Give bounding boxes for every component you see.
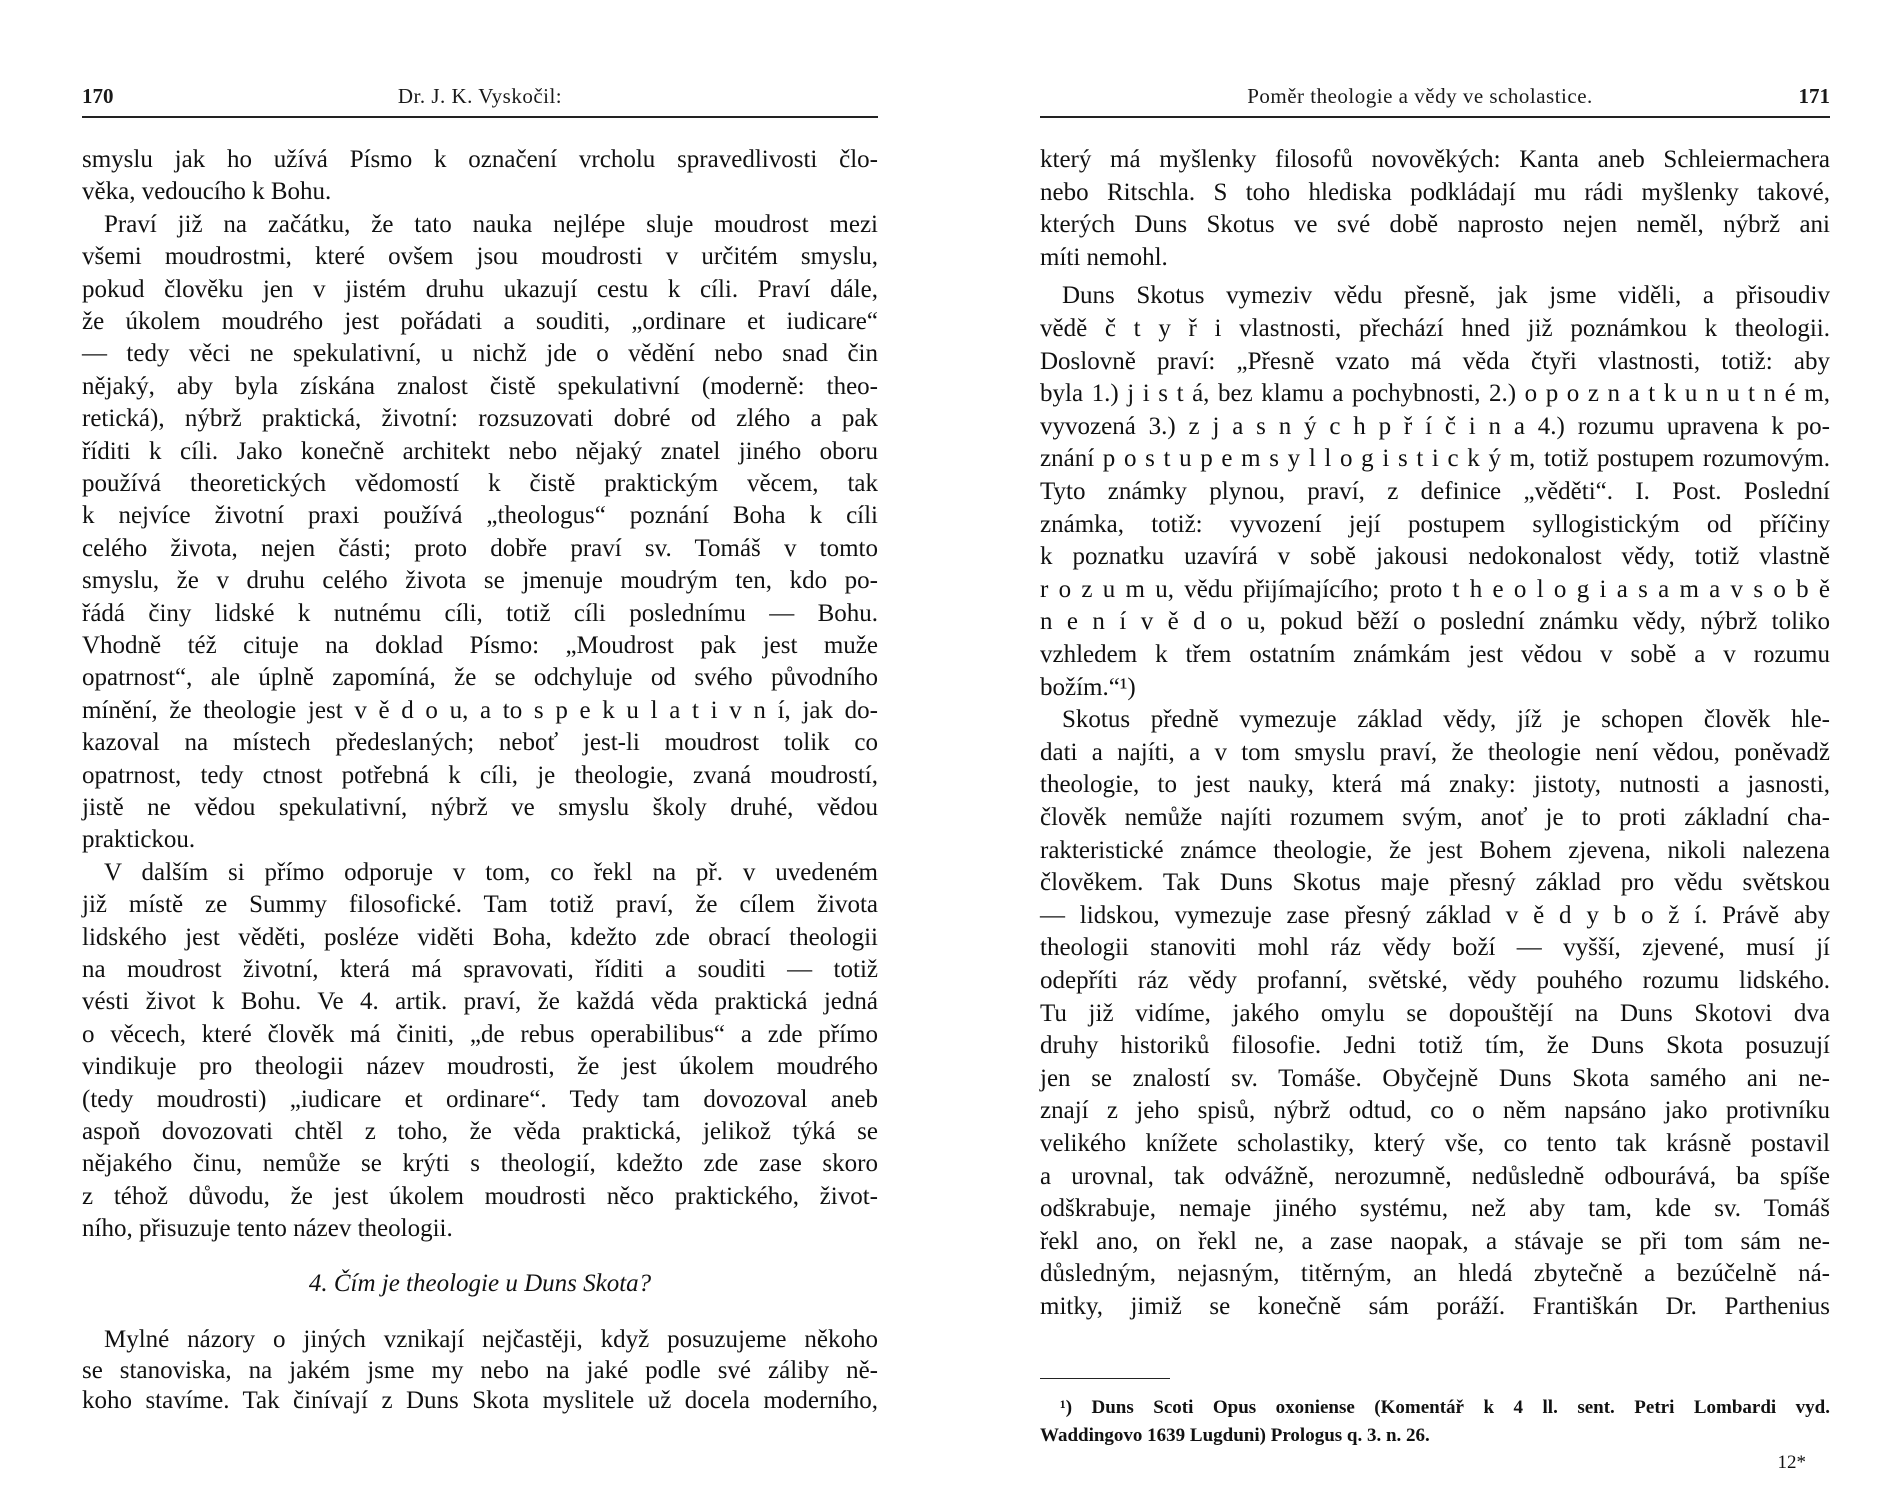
running-head: 170 Dr. J. K. Vyskočil: [82, 84, 878, 114]
text-line: nebo Ritschla. S toho hlediska podkládaj… [1040, 178, 1830, 208]
text-line: a urovnal, tak odvážně, nerozumně, nedůs… [1040, 1162, 1830, 1192]
text-line: k poznatku uzavírá v sobě jakousi nedoko… [1040, 542, 1830, 572]
text-line: Duns Skotus vymeziv vědu přesně, jak jsm… [1062, 281, 1830, 311]
text-line: božím.“¹) [1040, 673, 1830, 703]
text-line: Tu již vidíme, jakého omylu se dopouštěj… [1040, 999, 1830, 1029]
text-line: známka, totiž: vyvození její postupem sy… [1040, 510, 1830, 540]
text-line: který má myšlenky filosofů novověkých: K… [1040, 145, 1830, 175]
text-line: znají z jeho spisů, nýbrž odtud, co o ně… [1040, 1096, 1830, 1126]
text-line: že úkolem moudrého jest pořádati a soudi… [82, 307, 878, 337]
footnote-line: Waddingovo 1639 Lugduni) Prologus q. 3. … [1040, 1423, 1830, 1449]
text-line: vésti život k Bohu. Ve 4. artik. praví, … [82, 987, 878, 1017]
header-rule [1040, 116, 1830, 118]
text-line: pokud člověku jen v jistém druhu ukazují… [82, 275, 878, 305]
signature-mark: 12* [1778, 1452, 1807, 1474]
text-line: věka, vedoucího k Bohu. [82, 177, 878, 207]
text-line: Tyto známky plynou, praví, z definice „v… [1040, 477, 1830, 507]
running-head-title: Poměr theologie a vědy ve scholastice. [1040, 84, 1800, 109]
text-line: člověkem. Tak Duns Skotus maje přesný zá… [1040, 868, 1830, 898]
text-line: koho stavíme. Tak činívají z Duns Skota … [82, 1386, 878, 1416]
text-line: z téhož důvodu, že jest úkolem moudrosti… [82, 1182, 878, 1212]
page-number: 171 [1799, 84, 1831, 109]
text-line: vyvozená 3.) z j a s n ý c h p ř í č i n… [1040, 412, 1830, 442]
text-line: říditi k cíli. Jako konečně architekt ne… [82, 437, 878, 467]
text-line: celého života, nejen části; proto dobře … [82, 534, 878, 564]
text-line: lidského jest věděti, posléze viděti Boh… [82, 923, 878, 953]
text-line: kazoval na místech předeslaných; neboť j… [82, 728, 878, 758]
text-line: smyslu, že v druhu celého života se jmen… [82, 566, 878, 596]
text-line: aspoň dovozovati chtěl z toho, že věda p… [82, 1117, 878, 1147]
text-line: všemi moudrostmi, které ovšem jsou moudr… [82, 242, 878, 272]
text-line: druhy historiků filosofie. Jedni totiž t… [1040, 1031, 1830, 1061]
text-line: o věcech, které člověk má činiti, „de re… [82, 1020, 878, 1050]
text-line: kterých Duns Skotus ve své době naprosto… [1040, 210, 1830, 240]
text-line: jistě ne vědou spekulativní, nýbrž ve sm… [82, 793, 878, 823]
footnote-line: ¹) Duns Scoti Opus oxoniense (Komentář k… [1060, 1395, 1830, 1421]
text-line: Doslovně praví: „Přesně vzato má věda čt… [1040, 347, 1830, 377]
text-line: nějaký, aby byla získána znalost čistě s… [82, 372, 878, 402]
text-line: V dalším si přímo odporuje v tom, co řek… [104, 858, 878, 888]
text-line: míti nemohl. [1040, 243, 1830, 273]
text-line: praktickou. [82, 825, 878, 855]
text-line: na moudrost životní, která má spravovati… [82, 955, 878, 985]
text-line: (tedy moudrosti) „iudicare et ordinare“.… [82, 1085, 878, 1115]
text-line: rakteristické známce theologie, že jest … [1040, 836, 1830, 866]
text-line: Mylné názory o jiných vznikají nejčastěj… [104, 1325, 878, 1355]
text-line: jen se znalostí sv. Tomáše. Obyčejně Dun… [1040, 1064, 1830, 1094]
text-line: řádá činy lidské k nutnému cíli, totiž c… [82, 599, 878, 629]
text-line: theologii stanoviti mohl ráz vědy boží —… [1040, 933, 1830, 963]
text-line: mitky, jimiž se konečně sám poráží. Fran… [1040, 1292, 1830, 1322]
text-line: Praví již na začátku, že tato nauka nejl… [104, 210, 878, 240]
right-page: Poměr theologie a vědy ve scholastice. 1… [1040, 0, 1830, 1500]
text-line: člověk nemůže najíti rozumem svým, anoť … [1040, 803, 1830, 833]
text-line: Vhodně též cituje na doklad Písmo: „Moud… [82, 631, 878, 661]
footnote-rule [1040, 1378, 1170, 1379]
text-line: dati a najíti, a v tom smyslu praví, že … [1040, 738, 1830, 768]
text-line: vindikuje pro theologii název moudrosti,… [82, 1052, 878, 1082]
text-line: opatrnost, tedy ctnost potřebná k cíli, … [82, 761, 878, 791]
text-line: k nejvíce životní praxi používá „theolog… [82, 501, 878, 531]
text-line: retická), nýbrž praktická, životní: rozs… [82, 404, 878, 434]
text-line: vzhledem k třem ostatním známkám jest vě… [1040, 640, 1830, 670]
text-line: odškrabuje, nemaje jiného systému, než a… [1040, 1194, 1830, 1224]
header-rule [82, 116, 878, 118]
text-line: n e n í v ě d o u, pokud běží o poslední… [1040, 607, 1830, 637]
text-line: smyslu jak ho užívá Písmo k označení vrc… [82, 145, 878, 175]
text-line: důsledným, nejasným, titěrným, an hledá … [1040, 1259, 1830, 1289]
running-head-title: Dr. J. K. Vyskočil: [82, 84, 878, 109]
text-line: Skotus předně vymezuje základ vědy, jíž … [1062, 705, 1830, 735]
text-line: — tedy věci ne spekulativní, u nichž jde… [82, 339, 878, 369]
text-line: vědě č t y ř i vlastnosti, přechází hned… [1040, 314, 1830, 344]
text-line: odepříti ráz vědy profanní, světské, věd… [1040, 966, 1830, 996]
text-line: používá theoretických vědomostí k čistě … [82, 469, 878, 499]
text-line: theologie, to jest nauky, která má znaky… [1040, 770, 1830, 800]
text-line: řekl ano, on řekl ne, a zase naopak, a s… [1040, 1227, 1830, 1257]
text-line: r o z u m u, vědu přijímajícího; proto t… [1040, 575, 1830, 605]
text-line: nějakého činu, nemůže se krýti s theolog… [82, 1149, 878, 1179]
text-line: velikého knížete scholastiky, který vše,… [1040, 1129, 1830, 1159]
text-line: již místě ze Summy filosofické. Tam toti… [82, 890, 878, 920]
text-line: opatrnost“, ale úplně zapomíná, že se od… [82, 663, 878, 693]
text-line: ního, přisuzuje tento název theologii. [82, 1214, 878, 1244]
text-line: mínění, že theologie jest v ě d o u, a t… [82, 696, 878, 726]
section-heading: 4. Čím je theologie u Duns Skota? [82, 1270, 878, 1302]
text-line: — lidskou, vymezuje zase přesný základ v… [1040, 901, 1830, 931]
running-head: Poměr theologie a vědy ve scholastice. 1… [1040, 84, 1830, 114]
text-line: byla 1.) j i s t á, bez klamu a pochybno… [1040, 379, 1830, 409]
text-line: se stanoviska, na jakém jsme my nebo na … [82, 1356, 878, 1386]
left-page: 170 Dr. J. K. Vyskočil: smyslu jak ho už… [82, 0, 878, 1500]
text-line: znání p o s t u p e m s y l l o g i s t … [1040, 444, 1830, 474]
